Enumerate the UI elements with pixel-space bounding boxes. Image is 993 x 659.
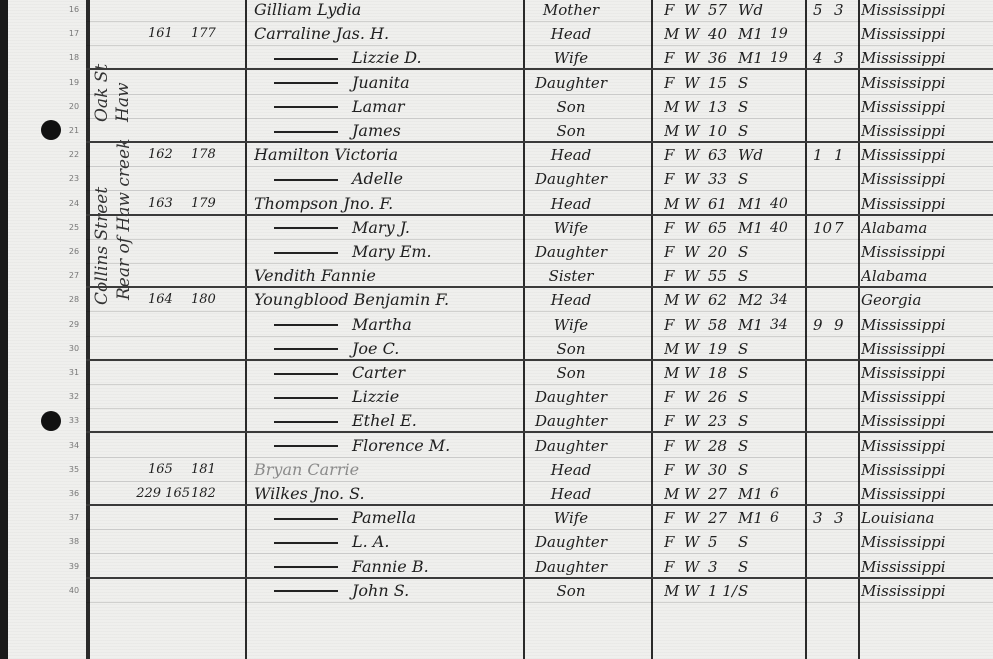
family-number bbox=[191, 530, 245, 554]
given-name: Fannie bbox=[321, 266, 376, 285]
family-number bbox=[191, 313, 245, 337]
ditto-mark bbox=[274, 590, 338, 592]
marital-status: S bbox=[738, 409, 768, 433]
age: 3 bbox=[708, 555, 738, 579]
race: W bbox=[684, 192, 706, 216]
marital-status: M1 bbox=[738, 506, 768, 530]
children-living bbox=[834, 71, 854, 95]
children-born bbox=[813, 434, 833, 458]
marital-status: S bbox=[738, 337, 768, 361]
sex: M bbox=[664, 288, 682, 312]
children-born bbox=[813, 167, 833, 191]
ditto-mark bbox=[274, 82, 338, 84]
line-number: 22 bbox=[62, 150, 86, 159]
dwelling-number: 229 165 bbox=[100, 482, 190, 506]
dwelling-number bbox=[148, 216, 188, 240]
birthplace: Mississippi bbox=[861, 95, 993, 119]
relationship: Son bbox=[526, 361, 616, 385]
person-name: Youngblood Benjamin F. bbox=[254, 288, 516, 312]
family-number bbox=[191, 0, 245, 22]
table-row: 161177Carraline Jas. H.HeadMW40M119Missi… bbox=[86, 22, 993, 46]
family-number bbox=[191, 167, 245, 191]
family-number bbox=[191, 71, 245, 95]
family-number bbox=[191, 216, 245, 240]
table-row: LizzieDaughterFW26SMississippi bbox=[86, 385, 993, 409]
children-born: 4 bbox=[813, 46, 833, 70]
relationship: Daughter bbox=[526, 530, 616, 554]
surname: Hamilton bbox=[254, 145, 329, 164]
ditto-mark bbox=[274, 566, 338, 568]
dwelling-number bbox=[148, 434, 188, 458]
table-row: 164180Youngblood Benjamin F.HeadMW62M234… bbox=[86, 288, 993, 312]
children-born bbox=[813, 482, 833, 506]
relationship: Daughter bbox=[526, 167, 616, 191]
dwelling-number: 164 bbox=[148, 288, 188, 312]
marital-status: S bbox=[738, 555, 768, 579]
race: W bbox=[684, 482, 706, 506]
birthplace: Louisiana bbox=[861, 506, 993, 530]
birthplace: Georgia bbox=[861, 288, 993, 312]
person-name: James bbox=[254, 119, 516, 143]
table-row: 162178Hamilton VictoriaHeadFW63Wd11Missi… bbox=[86, 143, 993, 167]
given-name: Benjamin F. bbox=[354, 290, 449, 309]
dwelling-number: 163 bbox=[148, 192, 188, 216]
line-number: 21 bbox=[62, 126, 86, 135]
table-row: Florence M.DaughterFW28SMississippi bbox=[86, 434, 993, 458]
given-name: John S. bbox=[352, 581, 409, 600]
family-number bbox=[191, 46, 245, 70]
line-number: 25 bbox=[62, 223, 86, 232]
years-married: 6 bbox=[770, 506, 796, 530]
children-living bbox=[834, 288, 854, 312]
family-number: 180 bbox=[191, 288, 245, 312]
race: W bbox=[684, 46, 706, 70]
line-number: 19 bbox=[62, 78, 86, 87]
census-page: Oak StHawCollins StreetRear of Haw creek… bbox=[0, 0, 993, 659]
birthplace: Mississippi bbox=[861, 555, 993, 579]
sex: M bbox=[664, 95, 682, 119]
sex: F bbox=[664, 71, 682, 95]
person-name: Gilliam Lydia bbox=[254, 0, 516, 22]
race: W bbox=[684, 337, 706, 361]
birthplace: Alabama bbox=[861, 264, 993, 288]
person-name: Juanita bbox=[254, 71, 516, 95]
birthplace: Mississippi bbox=[861, 22, 993, 46]
line-number: 35 bbox=[62, 465, 86, 474]
table-row: John S.SonMW1 1/12SMississippi bbox=[86, 579, 993, 603]
race: W bbox=[684, 264, 706, 288]
birthplace: Mississippi bbox=[861, 530, 993, 554]
children-living bbox=[834, 240, 854, 264]
marital-status: Wd bbox=[738, 143, 768, 167]
line-number: 34 bbox=[62, 441, 86, 450]
table-row: PamellaWifeFW27M1633Louisiana bbox=[86, 506, 993, 530]
family-number: 177 bbox=[191, 22, 245, 46]
table-row: Lizzie D.WifeFW36M11943Mississippi bbox=[86, 46, 993, 70]
ditto-mark bbox=[274, 445, 338, 447]
years-married: 19 bbox=[770, 46, 796, 70]
given-name: Martha bbox=[352, 315, 412, 334]
marital-status: S bbox=[738, 240, 768, 264]
children-living bbox=[834, 22, 854, 46]
dwelling-number bbox=[148, 337, 188, 361]
children-born bbox=[813, 579, 833, 603]
dwelling-number bbox=[148, 579, 188, 603]
table-row: Joe C.SonMW19SMississippi bbox=[86, 337, 993, 361]
age: 23 bbox=[708, 409, 738, 433]
age: 40 bbox=[708, 22, 738, 46]
person-name: Mary Em. bbox=[254, 240, 516, 264]
person-name: Lamar bbox=[254, 95, 516, 119]
children-living bbox=[834, 409, 854, 433]
age: 33 bbox=[708, 167, 738, 191]
sex: M bbox=[664, 579, 682, 603]
line-number: 33 bbox=[62, 416, 86, 425]
relationship: Son bbox=[526, 579, 616, 603]
children-born: 9 bbox=[813, 313, 833, 337]
sex: M bbox=[664, 119, 682, 143]
sex: F bbox=[664, 385, 682, 409]
relationship: Daughter bbox=[526, 385, 616, 409]
person-name: Lizzie D. bbox=[254, 46, 516, 70]
sex: F bbox=[664, 555, 682, 579]
family-number bbox=[191, 264, 245, 288]
family-number bbox=[191, 240, 245, 264]
marital-status: S bbox=[738, 579, 768, 603]
race: W bbox=[684, 409, 706, 433]
ditto-mark bbox=[274, 252, 338, 254]
dwelling-number bbox=[148, 167, 188, 191]
race: W bbox=[684, 458, 706, 482]
relationship: Mother bbox=[526, 0, 616, 22]
age: 28 bbox=[708, 434, 738, 458]
race: W bbox=[684, 288, 706, 312]
relationship: Wife bbox=[526, 46, 616, 70]
age: 13 bbox=[708, 95, 738, 119]
children-living bbox=[834, 337, 854, 361]
children-living bbox=[834, 361, 854, 385]
age: 58 bbox=[708, 313, 738, 337]
relationship: Daughter bbox=[526, 434, 616, 458]
relationship: Daughter bbox=[526, 240, 616, 264]
sex: F bbox=[664, 46, 682, 70]
relationship: Daughter bbox=[526, 71, 616, 95]
line-number: 39 bbox=[62, 562, 86, 571]
person-name: Fannie B. bbox=[254, 555, 516, 579]
relationship: Head bbox=[526, 458, 616, 482]
table-row: Fannie B.DaughterFW3SMississippi bbox=[86, 555, 993, 579]
children-born bbox=[813, 95, 833, 119]
birthplace: Mississippi bbox=[861, 458, 993, 482]
table-row: 163179Thompson Jno. F.HeadMW61M140Missis… bbox=[86, 192, 993, 216]
ditto-mark bbox=[274, 131, 338, 133]
dwelling-number bbox=[148, 361, 188, 385]
family-number bbox=[191, 95, 245, 119]
race: W bbox=[684, 167, 706, 191]
line-number: 28 bbox=[62, 295, 86, 304]
birthplace: Mississippi bbox=[861, 385, 993, 409]
birthplace: Mississippi bbox=[861, 167, 993, 191]
children-living: 7 bbox=[834, 216, 854, 240]
children-born bbox=[813, 119, 833, 143]
children-born bbox=[813, 458, 833, 482]
relationship: Daughter bbox=[526, 555, 616, 579]
table-row: CarterSonMW18SMississippi bbox=[86, 361, 993, 385]
line-numbers: 1617181920212223242526272829303132333435… bbox=[62, 0, 86, 659]
ditto-mark bbox=[274, 348, 338, 350]
table-row: 229 165182Wilkes Jno. S.HeadMW27M16Missi… bbox=[86, 482, 993, 506]
birthplace: Mississippi bbox=[861, 143, 993, 167]
table-row: L. A.DaughterFW5SMississippi bbox=[86, 530, 993, 554]
line-number: 36 bbox=[62, 489, 86, 498]
marital-status: S bbox=[738, 264, 768, 288]
table-row: Mary J.WifeFW65M140107Alabama bbox=[86, 216, 993, 240]
ditto-mark bbox=[274, 373, 338, 375]
family-number: 178 bbox=[191, 143, 245, 167]
sex: F bbox=[664, 0, 682, 22]
line-number: 26 bbox=[62, 247, 86, 256]
person-name: Wilkes Jno. S. bbox=[254, 482, 516, 506]
relationship: Sister bbox=[526, 264, 616, 288]
ditto-mark bbox=[274, 58, 338, 60]
sex: M bbox=[664, 22, 682, 46]
dwelling-number bbox=[148, 119, 188, 143]
given-name: Jas. H. bbox=[336, 24, 389, 43]
race: W bbox=[684, 579, 706, 603]
race: W bbox=[684, 0, 706, 22]
years-married bbox=[770, 240, 796, 264]
ditto-mark bbox=[274, 324, 338, 326]
ditto-mark bbox=[274, 518, 338, 520]
birthplace: Alabama bbox=[861, 216, 993, 240]
relationship: Head bbox=[526, 482, 616, 506]
sex: F bbox=[664, 264, 682, 288]
given-name: L. A. bbox=[352, 532, 389, 551]
table-row: MarthaWifeFW58M13499Mississippi bbox=[86, 313, 993, 337]
given-name: Jno. S. bbox=[313, 484, 365, 503]
marital-status: M1 bbox=[738, 192, 768, 216]
age: 5 bbox=[708, 530, 738, 554]
dwelling-number: 161 bbox=[148, 22, 188, 46]
race: W bbox=[684, 216, 706, 240]
children-born: 5 bbox=[813, 0, 833, 22]
given-name: James bbox=[352, 121, 401, 140]
person-name: Pamella bbox=[254, 506, 516, 530]
person-name: Mary J. bbox=[254, 216, 516, 240]
relationship: Son bbox=[526, 119, 616, 143]
children-living bbox=[834, 555, 854, 579]
years-married: 40 bbox=[770, 192, 796, 216]
given-name: Adelle bbox=[352, 169, 403, 188]
years-married bbox=[770, 385, 796, 409]
ditto-mark bbox=[274, 179, 338, 181]
line-number: 23 bbox=[62, 174, 86, 183]
given-name: Lydia bbox=[317, 0, 361, 19]
given-name: Victoria bbox=[334, 145, 398, 164]
person-name: L. A. bbox=[254, 530, 516, 554]
years-married: 40 bbox=[770, 216, 796, 240]
age: 65 bbox=[708, 216, 738, 240]
years-married: 6 bbox=[770, 482, 796, 506]
family-number bbox=[191, 434, 245, 458]
children-living bbox=[834, 167, 854, 191]
children-living bbox=[834, 482, 854, 506]
marital-status: M1 bbox=[738, 46, 768, 70]
ditto-mark bbox=[274, 397, 338, 399]
children-born bbox=[813, 71, 833, 95]
relationship: Wife bbox=[526, 313, 616, 337]
race: W bbox=[684, 385, 706, 409]
years-married bbox=[770, 530, 796, 554]
surname: Carraline bbox=[254, 24, 331, 43]
children-living bbox=[834, 458, 854, 482]
years-married: 19 bbox=[770, 22, 796, 46]
children-born bbox=[813, 385, 833, 409]
table-row: 165181Bryan CarrieHeadFW30SMississippi bbox=[86, 458, 993, 482]
race: W bbox=[684, 506, 706, 530]
person-name: Adelle bbox=[254, 167, 516, 191]
table-row: Ethel E.DaughterFW23SMississippi bbox=[86, 409, 993, 433]
line-number: 20 bbox=[62, 102, 86, 111]
sex: F bbox=[664, 167, 682, 191]
surname: Bryan bbox=[254, 460, 302, 479]
table-row: Vendith FannieSisterFW55SAlabama bbox=[86, 264, 993, 288]
race: W bbox=[684, 313, 706, 337]
age: 27 bbox=[708, 482, 738, 506]
given-name: Ethel E. bbox=[352, 411, 417, 430]
family-number bbox=[191, 555, 245, 579]
marital-status: M1 bbox=[738, 482, 768, 506]
age: 10 bbox=[708, 119, 738, 143]
children-born bbox=[813, 240, 833, 264]
sex: M bbox=[664, 337, 682, 361]
person-name: Carraline Jas. H. bbox=[254, 22, 516, 46]
birthplace: Mississippi bbox=[861, 434, 993, 458]
race: W bbox=[684, 530, 706, 554]
line-number: 24 bbox=[62, 199, 86, 208]
sex: F bbox=[664, 434, 682, 458]
person-name: John S. bbox=[254, 579, 516, 603]
person-name: Ethel E. bbox=[254, 409, 516, 433]
children-living: 1 bbox=[834, 143, 854, 167]
line-number: 27 bbox=[62, 271, 86, 280]
sex: F bbox=[664, 313, 682, 337]
years-married bbox=[770, 119, 796, 143]
marital-status: M1 bbox=[738, 22, 768, 46]
line-number: 29 bbox=[62, 320, 86, 329]
birthplace: Mississippi bbox=[861, 482, 993, 506]
dwelling-number bbox=[148, 46, 188, 70]
years-married bbox=[770, 555, 796, 579]
person-name: Bryan Carrie bbox=[254, 458, 516, 482]
table-row: LamarSonMW13SMississippi bbox=[86, 95, 993, 119]
race: W bbox=[684, 71, 706, 95]
relationship: Head bbox=[526, 192, 616, 216]
years-married bbox=[770, 95, 796, 119]
ditto-mark bbox=[274, 106, 338, 108]
table-row: JamesSonMW10SMississippi bbox=[86, 119, 993, 143]
birthplace: Mississippi bbox=[861, 361, 993, 385]
dwelling-number: 165 bbox=[148, 458, 188, 482]
children-born bbox=[813, 555, 833, 579]
birthplace: Mississippi bbox=[861, 71, 993, 95]
ditto-mark bbox=[274, 227, 338, 229]
sex: M bbox=[664, 192, 682, 216]
given-name: Juanita bbox=[352, 73, 410, 92]
children-living: 9 bbox=[834, 313, 854, 337]
relationship: Wife bbox=[526, 506, 616, 530]
years-married bbox=[770, 458, 796, 482]
years-married bbox=[770, 579, 796, 603]
years-married bbox=[770, 361, 796, 385]
age: 19 bbox=[708, 337, 738, 361]
years-married bbox=[770, 0, 796, 22]
given-name: Joe C. bbox=[352, 339, 399, 358]
marital-status: S bbox=[738, 167, 768, 191]
given-name: Fannie B. bbox=[352, 557, 429, 576]
line-number: 17 bbox=[62, 29, 86, 38]
line-number: 18 bbox=[62, 53, 86, 62]
children-living bbox=[834, 434, 854, 458]
children-born: 1 bbox=[813, 143, 833, 167]
dwelling-number bbox=[148, 240, 188, 264]
relationship: Wife bbox=[526, 216, 616, 240]
dwelling-number bbox=[148, 264, 188, 288]
race: W bbox=[684, 434, 706, 458]
dwelling-number bbox=[148, 385, 188, 409]
line-number: 30 bbox=[62, 344, 86, 353]
ditto-mark bbox=[274, 542, 338, 544]
given-name: Lizzie bbox=[352, 387, 399, 406]
years-married bbox=[770, 167, 796, 191]
sex: F bbox=[664, 216, 682, 240]
person-name: Carter bbox=[254, 361, 516, 385]
family-number bbox=[191, 337, 245, 361]
children-living bbox=[834, 192, 854, 216]
surname: Youngblood bbox=[254, 290, 349, 309]
given-name: Mary Em. bbox=[352, 242, 432, 261]
children-born bbox=[813, 288, 833, 312]
birthplace: Mississippi bbox=[861, 0, 993, 22]
sex: F bbox=[664, 143, 682, 167]
age: 63 bbox=[708, 143, 738, 167]
line-number: 32 bbox=[62, 392, 86, 401]
dwelling-number bbox=[148, 555, 188, 579]
scan-edge bbox=[0, 0, 8, 659]
dwelling-number bbox=[148, 409, 188, 433]
line-number: 38 bbox=[62, 537, 86, 546]
person-name: Florence M. bbox=[254, 434, 516, 458]
person-name: Vendith Fannie bbox=[254, 264, 516, 288]
family-number bbox=[191, 506, 245, 530]
age: 18 bbox=[708, 361, 738, 385]
line-number: 31 bbox=[62, 368, 86, 377]
marital-status: S bbox=[738, 71, 768, 95]
age: 61 bbox=[708, 192, 738, 216]
table-row: AdelleDaughterFW33SMississippi bbox=[86, 167, 993, 191]
surname: Wilkes bbox=[254, 484, 308, 503]
children-born bbox=[813, 192, 833, 216]
line-number: 40 bbox=[62, 586, 86, 595]
years-married bbox=[770, 337, 796, 361]
children-living: 3 bbox=[834, 0, 854, 22]
birthplace: Mississippi bbox=[861, 579, 993, 603]
children-born: 3 bbox=[813, 506, 833, 530]
marital-status: S bbox=[738, 95, 768, 119]
given-name: Lamar bbox=[352, 97, 405, 116]
children-born bbox=[813, 264, 833, 288]
race: W bbox=[684, 143, 706, 167]
